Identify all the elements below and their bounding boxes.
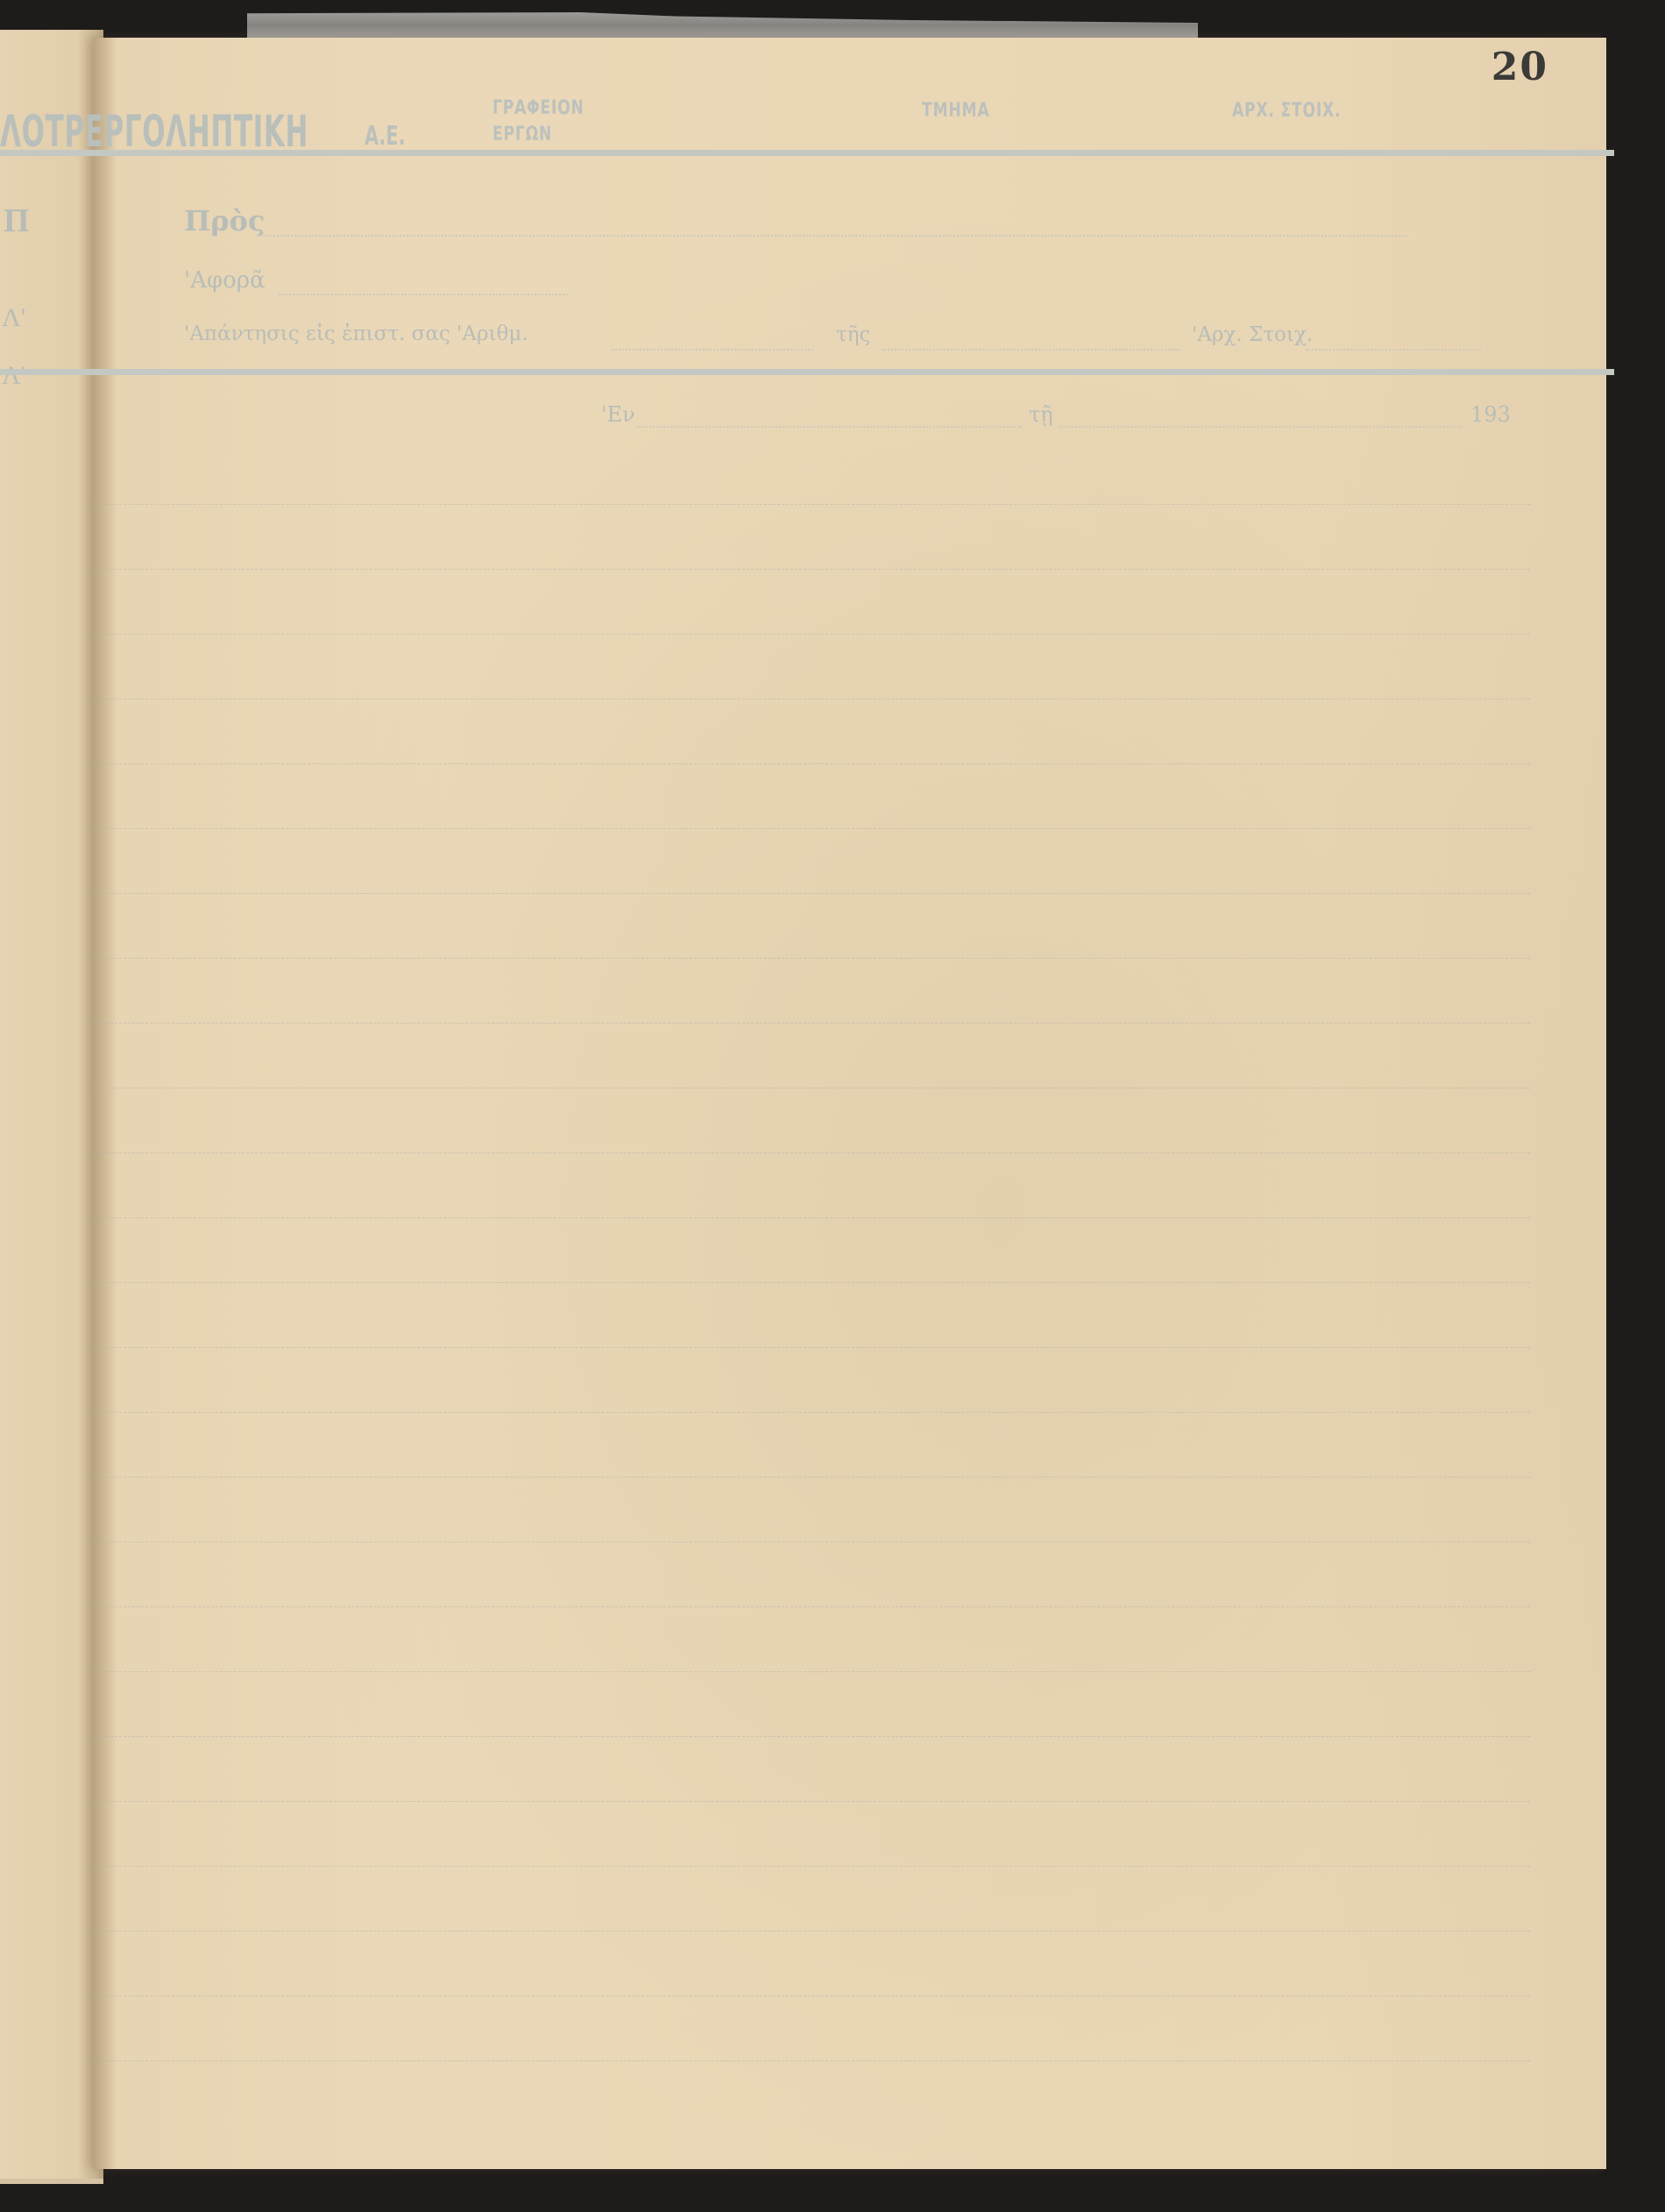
archive-ref-field-line[interactable] bbox=[1306, 349, 1481, 351]
header-rule bbox=[0, 150, 1614, 156]
ruled-line bbox=[93, 1801, 1530, 1802]
ruled-line bbox=[93, 958, 1530, 959]
ruled-line bbox=[93, 1347, 1530, 1348]
ruled-line bbox=[93, 1866, 1530, 1867]
office-label-line1: ΓΡΑΦΕΙΟΝ bbox=[492, 97, 585, 119]
ruled-line bbox=[93, 2060, 1530, 2061]
ruled-line bbox=[93, 1023, 1530, 1024]
ruled-line bbox=[93, 504, 1530, 505]
of-label: τῆς bbox=[836, 323, 870, 346]
ruled-line bbox=[93, 1606, 1530, 1607]
department-label: ΤΜΗΜΑ bbox=[922, 100, 989, 122]
to-label: Πρὸς bbox=[184, 204, 265, 238]
reply-label: 'Απάντησις εἰς ἐπιστ. σας 'Αριθμ. bbox=[184, 323, 528, 345]
day-field-line[interactable] bbox=[1059, 426, 1462, 428]
to-field-line[interactable] bbox=[259, 235, 1407, 237]
ruled-line bbox=[93, 1477, 1530, 1478]
gutter-shadow bbox=[93, 38, 116, 2169]
reply-number-field-line[interactable] bbox=[612, 349, 813, 351]
page-number: 20 bbox=[1491, 45, 1548, 89]
ruled-line bbox=[93, 1152, 1530, 1153]
left-page-fragment: Λ' bbox=[2, 361, 25, 391]
place-field-line[interactable] bbox=[636, 426, 1022, 428]
form-rule bbox=[0, 369, 1614, 375]
left-page-bottom-edge bbox=[0, 2179, 103, 2184]
left-page-fragment: Π bbox=[4, 202, 30, 240]
ruled-line bbox=[93, 828, 1530, 829]
company-suffix: Α.Ε. bbox=[365, 121, 406, 152]
ruled-line bbox=[93, 698, 1530, 699]
ruled-line bbox=[93, 1217, 1530, 1218]
ruled-line bbox=[93, 634, 1530, 635]
ruled-line bbox=[93, 1542, 1530, 1542]
left-page-edge: Π Λ' Λ' bbox=[0, 30, 103, 2179]
reply-date-field-line[interactable] bbox=[882, 349, 1180, 351]
archive-ref-label: 'Αρχ. Στοιχ. bbox=[1192, 323, 1313, 346]
year-prefix: 193 bbox=[1470, 402, 1511, 427]
left-page-fragment: Λ' bbox=[2, 303, 25, 333]
ruled-line bbox=[93, 893, 1530, 894]
ruled-line bbox=[93, 1412, 1530, 1413]
ruled-line bbox=[93, 569, 1530, 570]
place-label: 'Εν bbox=[601, 402, 635, 427]
ruled-line bbox=[93, 1736, 1530, 1737]
archival-mount-strip bbox=[247, 12, 1198, 39]
subject-field-line[interactable] bbox=[279, 294, 568, 295]
ruled-line bbox=[93, 1088, 1530, 1088]
subject-label: 'Αφορᾶ bbox=[184, 267, 266, 294]
ruled-line bbox=[93, 763, 1530, 764]
ruled-line bbox=[93, 1931, 1530, 1932]
office-label-line2: ΕΡΓΩΝ bbox=[492, 124, 552, 145]
letterhead-page: 20 ΛΟΤΡΕΡΓΟΛΗΠΤΙΚΗ Α.Ε. ΓΡΑΦΕΙΟΝ ΕΡΓΩΝ Τ… bbox=[93, 38, 1606, 2169]
ruled-line bbox=[93, 1671, 1530, 1672]
day-label: τῇ bbox=[1029, 402, 1053, 427]
ruled-line bbox=[93, 1282, 1530, 1283]
archive-label: ΑΡΧ. ΣΤΟΙΧ. bbox=[1232, 100, 1341, 122]
ruled-line bbox=[93, 1996, 1530, 1996]
